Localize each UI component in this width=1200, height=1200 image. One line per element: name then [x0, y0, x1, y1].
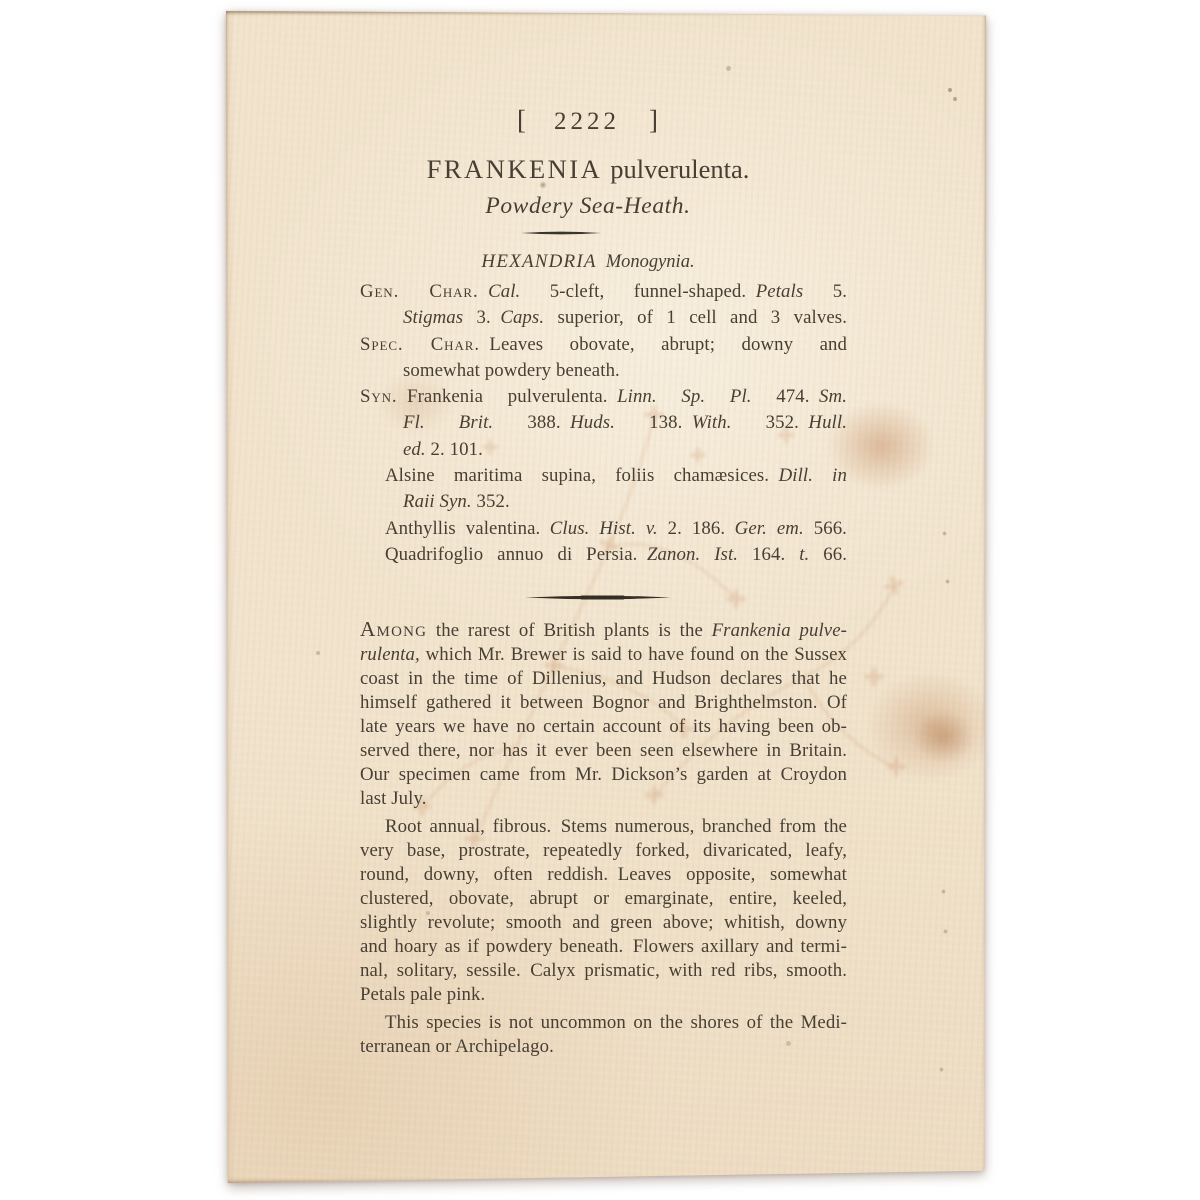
paragraph: Among the rarest of British plants is th… [360, 617, 847, 811]
stitch-hole [943, 929, 948, 934]
swelled-rule-ornament [521, 230, 601, 236]
text-line: Root annual, fibrous. Stems numerous, br… [360, 815, 847, 839]
text-line: clustered, obovate, abrupt or emarginate… [360, 887, 847, 911]
text-line: Stigmas 3. Caps. superior, of 1 cell and… [360, 305, 847, 331]
paragraph: This species is not uncommon on the shor… [360, 1011, 847, 1059]
classification-line: HEXANDRIAMonogynia. [226, 252, 950, 272]
text-line: Fl. Brit. 388. Huds. 138. With. 352. Hul… [360, 410, 847, 436]
foxing-stain [914, 711, 974, 763]
document-page: [2222] FRANKENIApulverulenta. Powdery Se… [226, 11, 986, 1183]
page-number-value: 2222 [554, 108, 620, 135]
common-name-subtitle: Powdery Sea-Heath. [226, 195, 950, 219]
ink-speck [316, 651, 320, 655]
scan-background: [2222] FRANKENIApulverulenta. Powdery Se… [0, 0, 1200, 1200]
page-number: [2222] [226, 107, 950, 134]
text-line: somewhat powdery beneath. [360, 358, 847, 384]
text-line: very base, prostrate, repeatedly forked,… [360, 839, 847, 863]
species-name: pulverulenta. [610, 154, 749, 184]
linnaean-order: Monogynia. [606, 252, 695, 272]
text-line: slightly revolute; smooth and green abov… [360, 911, 847, 935]
paragraph: Root annual, fibrous. Stems numerous, br… [360, 815, 847, 1007]
text-line: Anthyllis valentina. Clus. Hist. v. 2. 1… [360, 516, 847, 542]
text-line: terranean or Archipelago. [360, 1035, 847, 1059]
text-line: Among the rarest of British plants is th… [360, 617, 847, 643]
text-line: Alsine maritima supina, foliis chamæsice… [360, 463, 847, 489]
main-title: FRANKENIApulverulenta. [226, 156, 950, 183]
swelled-rule-divider [525, 594, 671, 601]
stitch-hole [941, 889, 946, 894]
bracket-left: [ [517, 107, 527, 134]
text-line: Raii Syn. 352. [360, 489, 847, 515]
text-line: Gen. Char. Cal. 5-cleft, funnel-shaped. … [360, 279, 847, 305]
body-text: Among the rarest of British plants is th… [360, 617, 847, 1059]
pin-hole [953, 97, 957, 101]
genus-name: FRANKENIA [427, 154, 603, 184]
stitch-hole [942, 531, 947, 536]
ink-speck [726, 66, 731, 71]
text-line: nal, solitary, sessile. Calyx prismatic,… [360, 959, 847, 983]
text-line: Syn. Frankenia pulverulenta. Linn. Sp. P… [360, 384, 847, 410]
text-line: Spec. Char. Leaves obovate, abrupt; down… [360, 332, 847, 358]
text-line: coast in the time of Dillenius, and Huds… [360, 667, 847, 691]
text-line: Quadrifoglio annuo di Persia. Zanon. Ist… [360, 542, 847, 568]
text-line: himself gathered it between Bognor and B… [360, 691, 847, 715]
text-line: served there, nor has it ever been seen … [360, 739, 847, 763]
stitch-hole [939, 1067, 944, 1072]
text-line: and hoary as if powdery beneath. Flowers… [360, 935, 847, 959]
stitch-hole [945, 579, 950, 584]
foxing-stain [866, 671, 996, 781]
text-line: round, downy, often reddish. Leaves oppo… [360, 863, 847, 887]
text-line: ed. 2. 101. [360, 437, 847, 463]
linnaean-class: HEXANDRIA [481, 251, 596, 272]
characters-and-synonyms: Gen. Char. Cal. 5-cleft, funnel-shaped. … [360, 279, 847, 568]
text-line: late years we have no certain account of… [360, 715, 847, 739]
text-line: Petals pale pink. [360, 983, 847, 1007]
text-line: Our specimen came from Mr. Dickson’s gar… [360, 763, 847, 787]
pin-hole [948, 88, 952, 92]
text-line: This species is not uncommon on the shor… [360, 1011, 847, 1035]
text-line: last July. [360, 787, 847, 811]
bracket-right: ] [649, 107, 659, 134]
text-line: rulenta, which Mr. Brewer is said to hav… [360, 643, 847, 667]
